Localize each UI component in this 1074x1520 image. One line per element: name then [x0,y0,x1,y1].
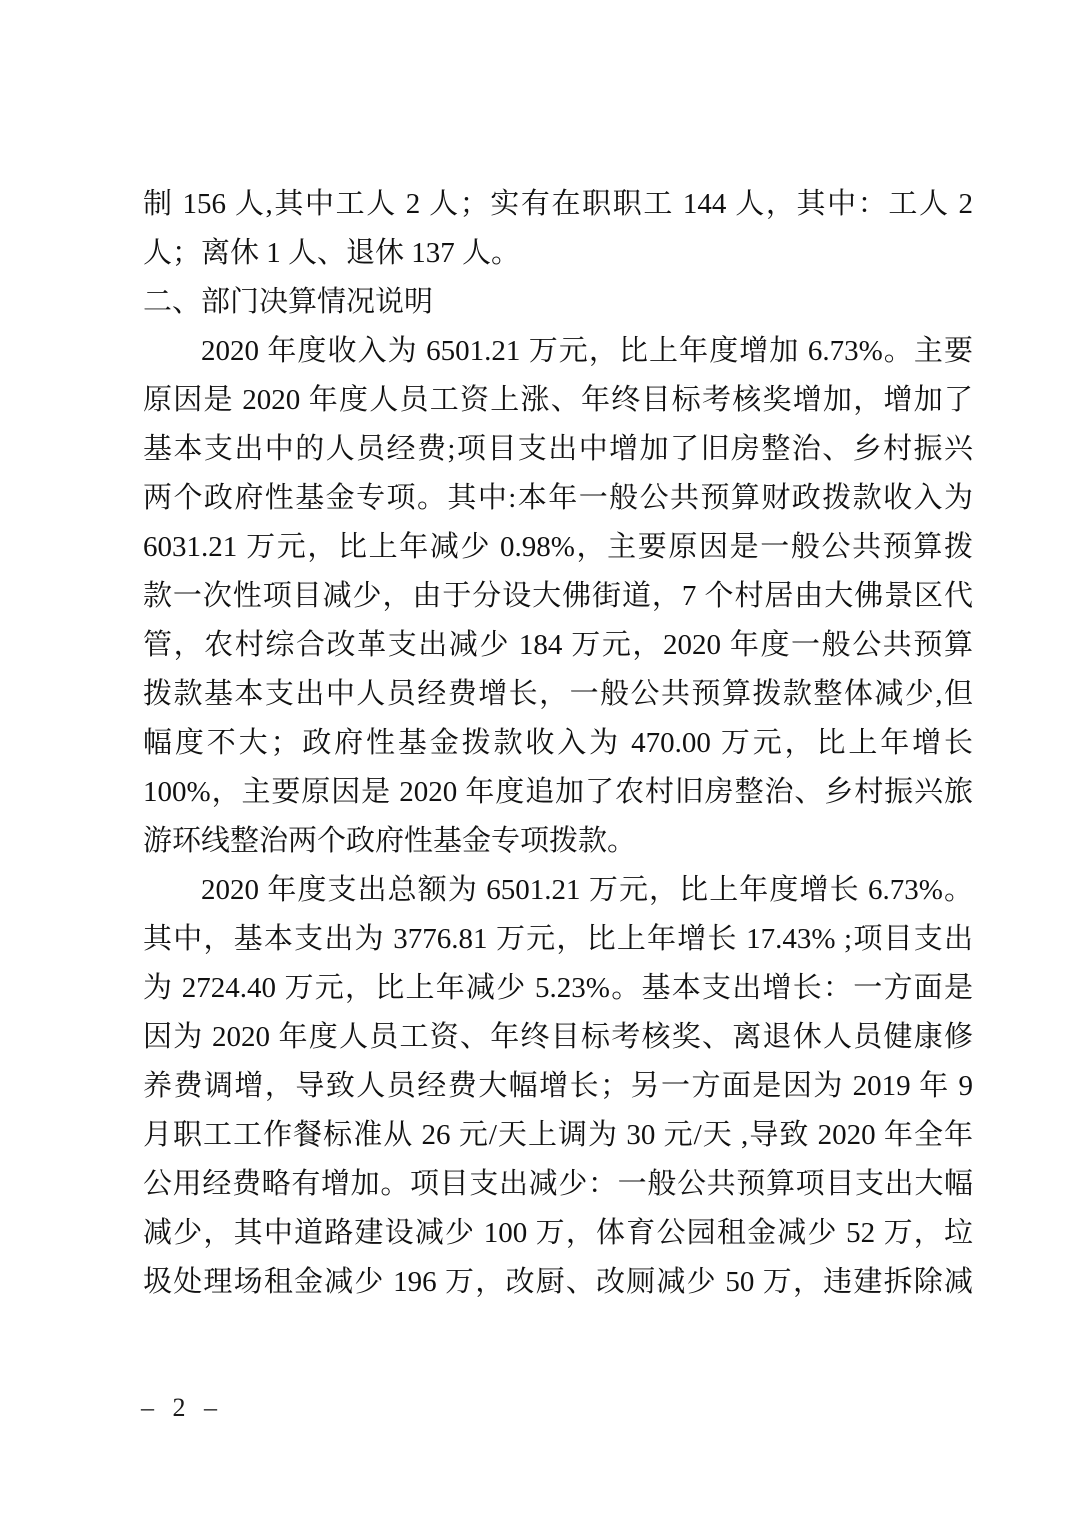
text-line: 二、部门决算情况说明 [143,278,973,327]
text-line: 两个政府性基金专项。其中:本年一般公共预算财政拨款收入为 [143,474,973,523]
text-line: 其中，基本支出为 3776.81 万元，比上年增长 17.43% ;项目支出 [143,915,973,964]
text-line: 人；离休 1 人、退休 137 人。 [143,229,973,278]
document-page: 制 156 人,其中工人 2 人；实有在职职工 144 人，其中：工人 2人；离… [0,0,1074,1520]
text-line: 公用经费略有增加。项目支出减少：一般公共预算项目支出大幅 [143,1160,973,1209]
text-line: 制 156 人,其中工人 2 人；实有在职职工 144 人，其中：工人 2 [143,180,973,229]
page-number: – 2 – [141,1392,223,1424]
text-line: 圾处理场租金减少 196 万，改厨、改厕减少 50 万，违建拆除减 [143,1258,973,1307]
document-body-text: 制 156 人,其中工人 2 人；实有在职职工 144 人，其中：工人 2人；离… [143,180,973,1307]
text-line: 管，农村综合改革支出减少 184 万元，2020 年度一般公共预算 [143,621,973,670]
text-line: 养费调增，导致人员经费大幅增长；另一方面是因为 2019 年 9 [143,1062,973,1111]
text-line: 游环线整治两个政府性基金专项拨款。 [143,817,973,866]
text-line: 月职工工作餐标准从 26 元/天上调为 30 元/天 ,导致 2020 年全年 [143,1111,973,1160]
text-line: 幅度不大；政府性基金拨款收入为 470.00 万元，比上年增长 [143,719,973,768]
text-line: 2020 年度收入为 6501.21 万元，比上年度增加 6.73%。主要 [143,327,973,376]
text-line: 原因是 2020 年度人员工资上涨、年终目标考核奖增加，增加了 [143,376,973,425]
text-line: 基本支出中的人员经费;项目支出中增加了旧房整治、乡村振兴 [143,425,973,474]
text-line: 款一次性项目减少，由于分设大佛街道，7 个村居由大佛景区代 [143,572,973,621]
text-line: 6031.21 万元，比上年减少 0.98%，主要原因是一般公共预算拨 [143,523,973,572]
text-line: 拨款基本支出中人员经费增长，一般公共预算拨款整体减少,但 [143,670,973,719]
text-line: 2020 年度支出总额为 6501.21 万元，比上年度增长 6.73%。 [143,866,973,915]
document-viewport: { "document": { "background_color": "#ff… [0,0,1074,1520]
text-line: 因为 2020 年度人员工资、年终目标考核奖、离退休人员健康修 [143,1013,973,1062]
text-line: 减少，其中道路建设减少 100 万，体育公园租金减少 52 万，垃 [143,1209,973,1258]
text-line: 为 2724.40 万元，比上年减少 5.23%。基本支出增长：一方面是 [143,964,973,1013]
text-line: 100%，主要原因是 2020 年度追加了农村旧房整治、乡村振兴旅 [143,768,973,817]
